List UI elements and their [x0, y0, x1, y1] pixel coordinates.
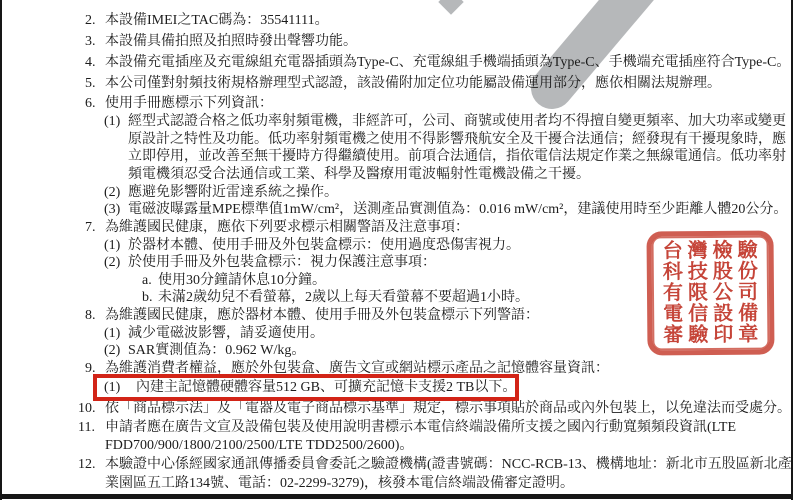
item-number: (1)	[104, 238, 120, 254]
doc-line: 立即停用，並改善至無干擾時方得繼續使用。前項合法通信，指依電信法規定作業之無線電…	[0, 149, 794, 166]
line-text: 未滿2歲幼兒不看螢幕，2歲以上每天看螢幕不要超過1小時。	[158, 290, 529, 306]
line-text: 本公司僅對射頻技術規格辦理型式認證，該設備附加定位功能屬設備運用部分，應依相關法…	[105, 76, 721, 92]
doc-line: 3.本設備具備拍照及拍照時發出聲響功能。	[0, 34, 794, 51]
item-number: (3)	[104, 202, 120, 218]
line-text: 申請者應在廣告文宣及設備包裝及使用說明書標示本電信終端設備所支援之國內行動寬頻頻…	[105, 420, 736, 436]
line-text: 經型式認證合格之低功率射頻電機，非經許可，公司、商號或使用者均不得擅自變更頻率、…	[128, 114, 786, 130]
line-text: 本設備具備拍照及拍照時發出聲響功能。	[105, 34, 357, 50]
doc-line: 6.使用手冊應標示下列資訊：	[0, 96, 794, 113]
doc-line: 原設計之特性及功能。低功率射頻電機之使用不得影響飛航安全及干擾合法通信；經發現有…	[0, 132, 794, 149]
line-text: 依「商品標示法」及「電器及電子商品標示基準」規定，標示事項貼於商品或內外包裝上，…	[105, 401, 791, 417]
doc-line: 11.申請者應在廣告文宣及設備包裝及使用說明書標示本電信終端設備所支援之國內行動…	[0, 420, 794, 437]
line-text: 應避免影響附近雷達系統之操作。	[128, 185, 338, 201]
item-number: (1)	[104, 326, 120, 342]
line-text: 原設計之特性及功能。低功率射頻電機之使用不得影響飛航安全及干擾合法通信；經發現有…	[128, 132, 786, 148]
line-text: 電磁波曝露量MPE標準值1mW/cm²，送測產品實測值為：0.016 mW/cm…	[128, 202, 787, 218]
doc-line: (3)電磁波曝露量MPE標準值1mW/cm²，送測產品實測值為：0.016 mW…	[0, 202, 794, 219]
item-number: b.	[142, 290, 153, 306]
doc-line: 頻電機須忍受合法通信或工業、科學及醫療用電波輻射性電機設備之干擾。	[0, 167, 794, 184]
certification-stamp: 台灣檢驗 科技股份 有限公司 電信設備 審驗印章	[646, 230, 774, 355]
item-number: (2)	[104, 185, 120, 201]
item-number: (2)	[104, 255, 120, 271]
highlight-box	[93, 374, 519, 401]
stamp-text-row: 有限公司	[657, 283, 764, 304]
line-text: 使用30分鐘請休息10分鐘。	[158, 273, 326, 289]
item-number: 4.	[85, 55, 96, 71]
line-text: 業園區五工路134號、電話：02-2299-3279)，核發本電信終端設備審定證…	[105, 476, 574, 492]
line-text: 於使用手冊及外包裝盒標示：視力保護注意事項：	[128, 255, 436, 271]
item-number: 12.	[78, 457, 96, 473]
doc-line: 12.本驗證中心係經國家通訊傳播委員會委託之驗證機構(證書號碼：NCC-RCB-…	[0, 457, 794, 474]
item-number: 8.	[85, 308, 96, 324]
item-number: 11.	[78, 420, 95, 436]
line-text: SAR實測值為：0.962 W/kg。	[128, 343, 305, 359]
line-text: 立即停用，並改善至無干擾時方得繼續使用。前項合法通信，指依電信法規定作業之無線電…	[128, 149, 786, 165]
item-number: (1)	[104, 114, 120, 130]
line-text: FDD700/900/1800/2100/2500/LTE TDD2500/26…	[105, 438, 413, 454]
doc-line: FDD700/900/1800/2100/2500/LTE TDD2500/26…	[0, 438, 794, 455]
doc-line: (1)經型式認證合格之低功率射頻電機，非經許可，公司、商號或使用者均不得擅自變更…	[0, 114, 794, 131]
item-number: a.	[142, 273, 152, 289]
item-number: 7.	[85, 220, 96, 236]
line-text: 減少電磁波影響，請妥適使用。	[128, 326, 324, 342]
stamp-text-row: 審驗印章	[657, 325, 764, 346]
stamp-text-row: 科技股份	[657, 261, 764, 282]
doc-line: 業園區五工路134號、電話：02-2299-3279)，核發本電信終端設備審定證…	[0, 476, 794, 493]
line-text: 為維護國民健康，應依下列要求標示相關警語及注意事項：	[105, 220, 469, 236]
doc-line: 5.本公司僅對射頻技術規格辦理型式認證，該設備附加定位功能屬設備運用部分，應依相…	[0, 76, 794, 93]
stamp-text-row: 電信設備	[657, 304, 764, 325]
certification-stamp-inner-border: 台灣檢驗 科技股份 有限公司 電信設備 審驗印章	[652, 235, 770, 350]
item-number: 6.	[85, 96, 96, 112]
line-text: 使用手冊應標示下列資訊：	[105, 96, 273, 112]
stamp-text-row: 台灣檢驗	[657, 240, 764, 261]
line-text: 頻電機須忍受合法通信或工業、科學及醫療用電波輻射性電機設備之干擾。	[128, 167, 590, 183]
doc-line: 2.本設備IMEI之TAC碼為：35541111。	[0, 13, 794, 30]
line-text: 本設備充電插座及充電線組充電器插頭為Type-C、充電線組手機端插頭為Type-…	[105, 55, 790, 71]
item-number: (2)	[104, 343, 120, 359]
item-number: 5.	[85, 76, 96, 92]
item-number: 2.	[85, 13, 96, 29]
doc-line: 10.依「商品標示法」及「電器及電子商品標示基準」規定，標示事項貼於商品或內外包…	[0, 401, 794, 418]
line-text: 為維護國民健康，應於器材本體、使用手冊及外包裝盒標示下列警語：	[105, 308, 539, 324]
page-border-bottom	[0, 494, 793, 499]
item-number: 3.	[85, 34, 96, 50]
line-text: 本驗證中心係經國家通訊傳播委員會委託之驗證機構(證書號碼：NCC-RCB-13、…	[105, 457, 792, 473]
line-text: 於器材本體、使用手冊及外包裝盒標示：使用過度恐傷害視力。	[128, 238, 520, 254]
item-number: 10.	[78, 401, 96, 417]
doc-line: 4.本設備充電插座及充電線組充電器插頭為Type-C、充電線組手機端插頭為Typ…	[0, 55, 794, 72]
line-text: 本設備IMEI之TAC碼為：35541111。	[105, 13, 329, 29]
document-page: 2.本設備IMEI之TAC碼為：35541111。 3.本設備具備拍照及拍照時發…	[0, 0, 800, 500]
doc-line: (2)應避免影響附近雷達系統之操作。	[0, 185, 794, 202]
